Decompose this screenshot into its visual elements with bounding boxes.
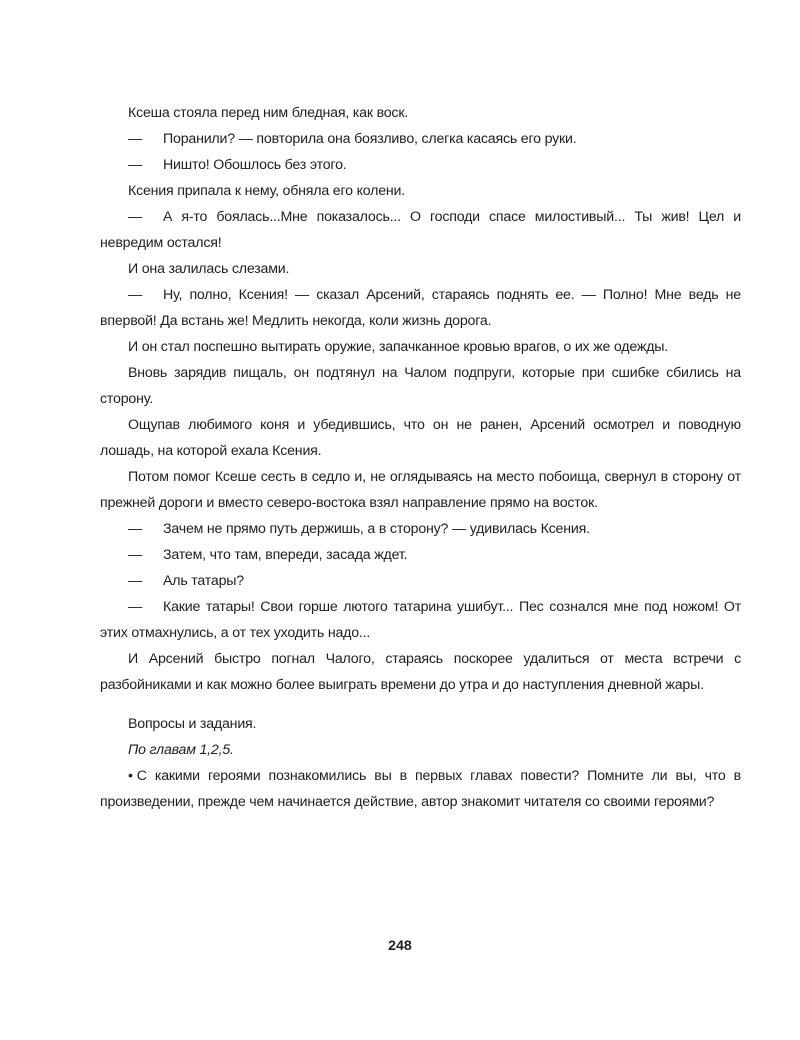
dialog-text: Аль татары? <box>163 573 244 589</box>
dialog-dash: — <box>128 568 163 594</box>
dialog-line: —Аль татары? <box>100 568 741 594</box>
paragraph: Вновь зарядив пищаль, он подтянул на Чал… <box>100 360 741 412</box>
paragraph: И Арсений быстро погнал Чалого, стараясь… <box>100 646 741 698</box>
dialog-line: —Затем, что там, впереди, засада ждет. <box>100 542 741 568</box>
paragraph: Ксеша стояла перед ним бледная, как воск… <box>100 100 741 126</box>
dialog-dash: — <box>128 594 163 620</box>
dialog-text: Ну, полно, Ксения! — сказал Арсений, ста… <box>100 287 741 329</box>
bullet-icon: • <box>128 768 133 784</box>
dialog-dash: — <box>128 516 163 542</box>
questions-heading: Вопросы и задания. <box>100 711 741 737</box>
dialog-text: А я-то боялась...Мне показалось... О гос… <box>100 209 741 251</box>
paragraph: Ксения припала к нему, обняла его колени… <box>100 178 741 204</box>
dialog-text: Какие татары! Свои горше лютого татарина… <box>100 599 741 641</box>
dialog-line: —А я-то боялась...Мне показалось... О го… <box>100 204 741 256</box>
dialog-line: —Поранили? — повторила она боязливо, сле… <box>100 126 741 152</box>
questions-subheading: По главам 1,2,5. <box>100 737 741 763</box>
paragraph: Ощупав любимого коня и убедившись, что о… <box>100 412 741 464</box>
dialog-dash: — <box>128 542 163 568</box>
paragraph: И она залилась слезами. <box>100 256 741 282</box>
document-page: Ксеша стояла перед ним бледная, как воск… <box>100 100 741 815</box>
dialog-line: —Ништо! Обошлось без этого. <box>100 152 741 178</box>
dialog-dash: — <box>128 126 163 152</box>
dialog-line: —Какие татары! Свои горше лютого татарин… <box>100 594 741 646</box>
dialog-dash: — <box>128 204 163 230</box>
dialog-text: Ништо! Обошлось без этого. <box>163 157 347 173</box>
dialog-dash: — <box>128 282 163 308</box>
question-item: •С какими героями познакомились вы в пер… <box>100 763 741 815</box>
page-number: 248 <box>0 938 800 954</box>
dialog-line: —Зачем не прямо путь держишь, а в сторон… <box>100 516 741 542</box>
question-text: С какими героями познакомились вы в перв… <box>100 768 741 810</box>
dialog-dash: — <box>128 152 163 178</box>
paragraph: И он стал поспешно вытирать оружие, запа… <box>100 334 741 360</box>
dialog-text: Поранили? — повторила она боязливо, слег… <box>163 131 576 147</box>
dialog-line: —Ну, полно, Ксения! — сказал Арсений, ст… <box>100 282 741 334</box>
dialog-text: Затем, что там, впереди, засада ждет. <box>163 547 407 563</box>
paragraph: Потом помог Ксеше сесть в седло и, не ог… <box>100 464 741 516</box>
dialog-text: Зачем не прямо путь держишь, а в сторону… <box>163 521 590 537</box>
